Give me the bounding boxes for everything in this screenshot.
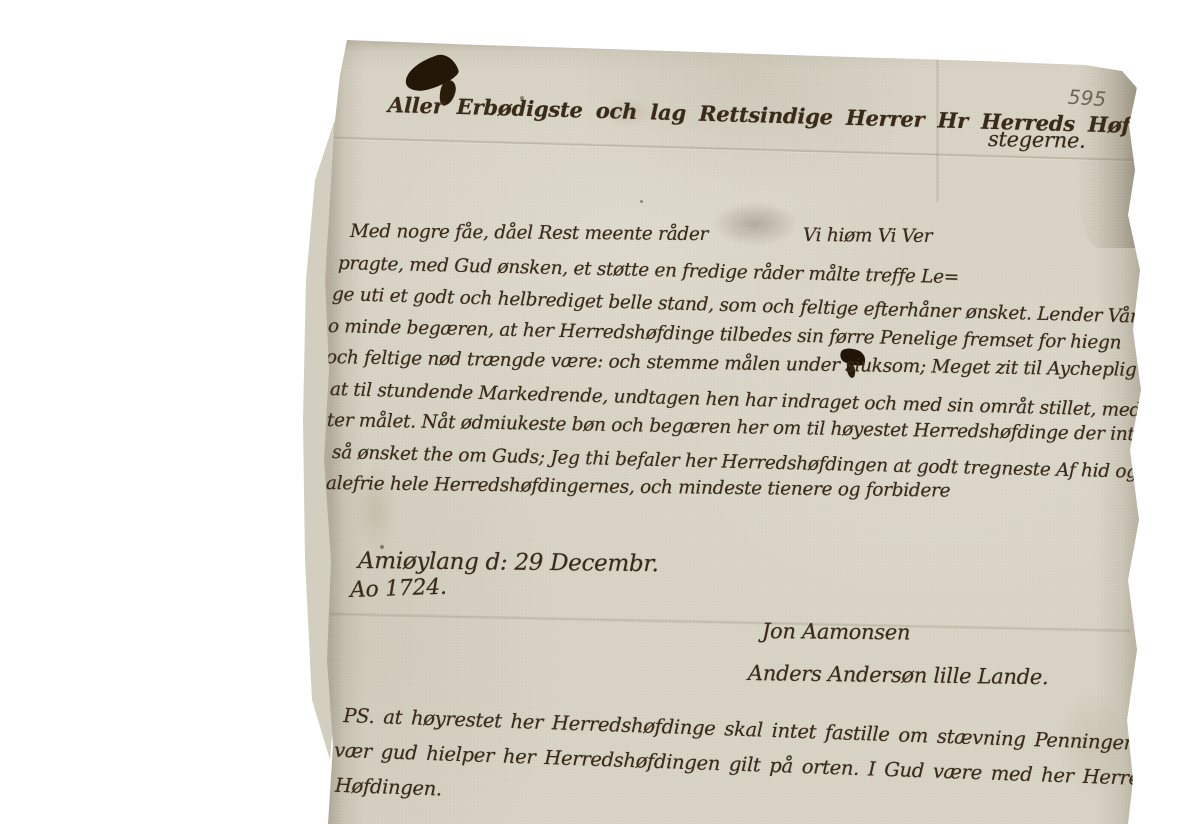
scanned-letter: 595 Aller Erbødigste och lag Rettsindige… [0,0,1200,824]
ink-fleck [640,200,643,203]
body-line: Med nogre fåe, dåel Rest meente råder Vi… [350,216,1186,255]
signature-block: Jon AamonsenAnders Andersøn lille Lande. [762,616,1048,688]
letter-body: Med nogre fåe, dåel Rest meente råder Vi… [344,216,1186,500]
date-block: Amiøylang d: 29 Decembr.Ao 1724. [358,548,659,603]
signature-line: Anders Andersøn lille Lande. [748,658,1049,692]
salutation-block: Aller Erbødigste och lag Rettsindige Her… [388,92,1200,151]
signature-line: Jon Aamonsen [762,616,1049,649]
manuscript-page: 595 Aller Erbødigste och lag Rettsindige… [0,0,1200,824]
postscript-block: PS. at høyrestet her Herredshøfdinge ska… [340,698,1170,824]
